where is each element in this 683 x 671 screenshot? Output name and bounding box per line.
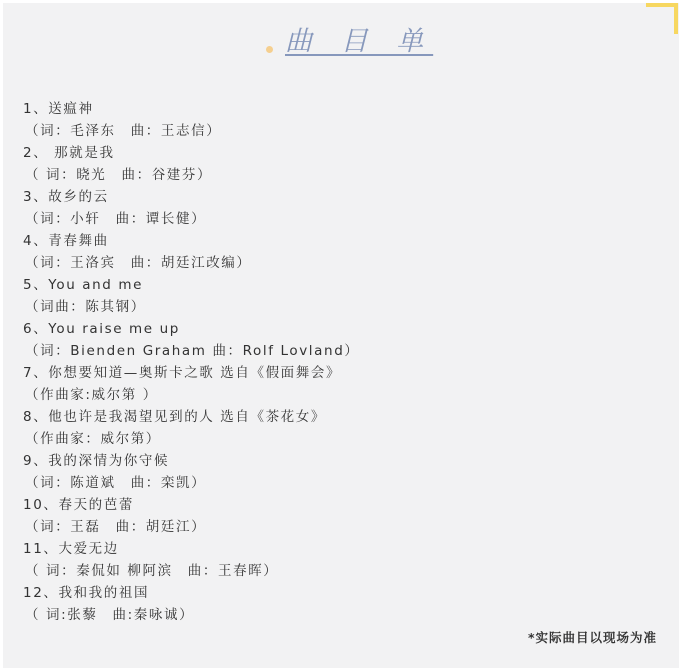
song-credit: （词：王洛宾 曲：胡廷江改编） — [23, 252, 663, 274]
corner-bracket-decoration — [646, 3, 678, 34]
song-credit: （作曲家:威尔第 ） — [23, 384, 663, 406]
dot-icon — [266, 46, 273, 53]
song-title: 5、You and me — [23, 274, 663, 296]
song-title: 11、大爱无边 — [23, 538, 663, 560]
song-title: 10、春天的芭蕾 — [23, 494, 663, 516]
song-credit: （词：毛泽东 曲：王志信） — [23, 120, 663, 142]
song-credit: （词：陈道斌 曲：栾凯） — [23, 472, 663, 494]
song-title: 2、 那就是我 — [23, 142, 663, 164]
song-title: 1、送瘟神 — [23, 98, 663, 120]
song-credit: （作曲家：威尔第） — [23, 428, 663, 450]
song-credit: （ 词：晓光 曲：谷建芬） — [23, 164, 663, 186]
song-list: 1、送瘟神 （词：毛泽东 曲：王志信） 2、 那就是我 （ 词：晓光 曲：谷建芬… — [23, 98, 663, 626]
song-title: 3、故乡的云 — [23, 186, 663, 208]
song-title: 9、我的深情为你守候 — [23, 450, 663, 472]
page-title: 曲 目 单 — [285, 24, 433, 60]
song-credit: （ 词：秦侃如 柳阿滨 曲：王春晖） — [23, 560, 663, 582]
song-title: 7、你想要知道—奥斯卡之歌 选自《假面舞会》 — [23, 362, 663, 384]
song-credit: （词：Bienden Graham 曲：Rolf Lovland） — [23, 340, 663, 362]
song-title: 4、青春舞曲 — [23, 230, 663, 252]
song-title: 6、You raise me up — [23, 318, 663, 340]
song-title: 8、他也许是我渴望见到的人 选自《茶花女》 — [23, 406, 663, 428]
disclaimer-note: *实际曲目以现场为准 — [528, 628, 657, 646]
song-credit: （ 词:张藜 曲:秦咏诚） — [23, 604, 663, 626]
song-credit: （词：小轩 曲：谭长健） — [23, 208, 663, 230]
song-title: 12、我和我的祖国 — [23, 582, 663, 604]
song-credit: （词曲：陈其钢） — [23, 296, 663, 318]
title-block: 曲 目 单 — [266, 24, 433, 60]
song-credit: （词：王磊 曲：胡廷江） — [23, 516, 663, 538]
